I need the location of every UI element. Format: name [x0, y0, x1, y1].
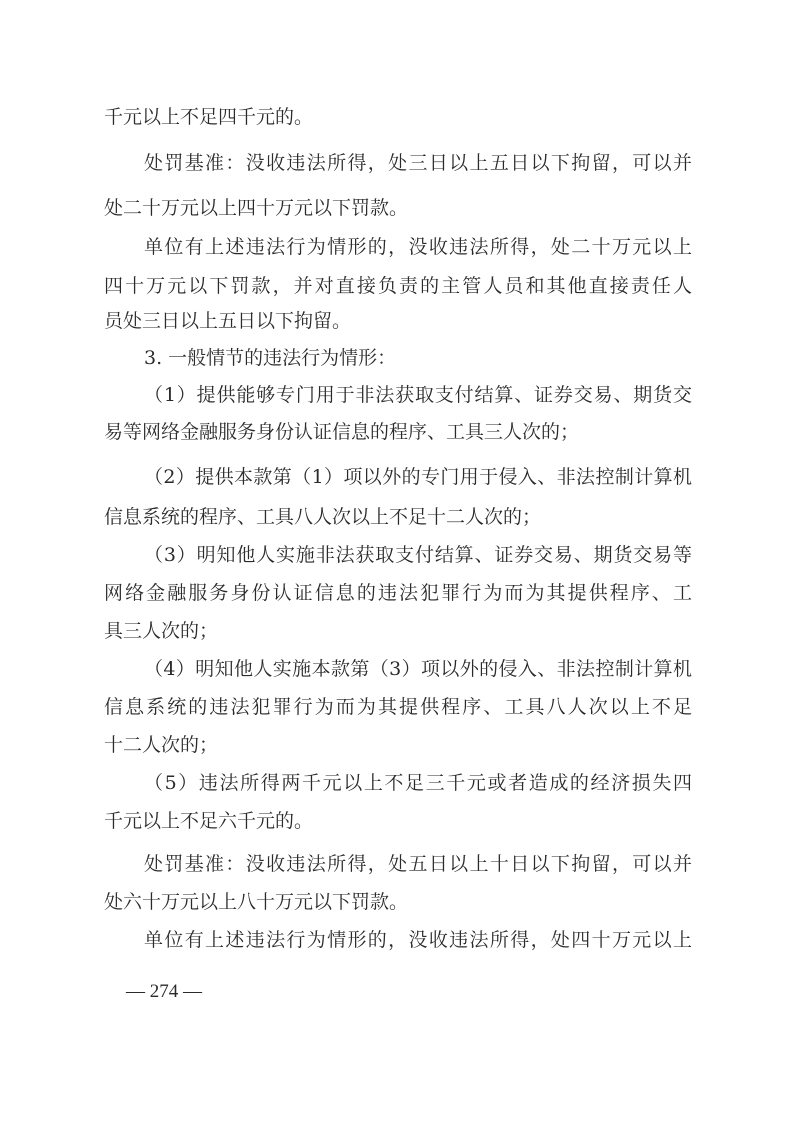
text-line: （5）违法所得两千元以上不足三千元或者造成的经济损失四 [144, 768, 692, 798]
text-line: 易等网络金融服务身份认证信息的程序、工具三人次的； [104, 417, 692, 447]
text-line: 单位有上述违法行为情形的，没收违法所得，处四十万元以上 [144, 925, 692, 955]
text-line: 千元以上不足六千元的。 [104, 806, 692, 836]
text-line: 处罚基准：没收违法所得，处五日以上十日以下拘留，可以并 [144, 849, 692, 879]
text-line: 信息系统的程序、工具八人次以上不足十二人次的； [104, 502, 692, 532]
text-line: 四十万元以下罚款，并对直接负责的主管人员和其他直接责任人 [104, 271, 692, 301]
page-number: — 274 — [126, 977, 202, 1007]
text-line: （4）明知他人实施本款第（3）项以外的侵入、非法控制计算机 [144, 654, 692, 684]
text-line: 信息系统的违法犯罪行为而为其提供程序、工具八人次以上不足 [104, 692, 692, 722]
document-page: 千元以上不足四千元的。处罚基准：没收违法所得，处三日以上五日以下拘留，可以并处二… [0, 0, 793, 1122]
text-line: 具三人次的； [104, 616, 692, 646]
text-line: （1）提供能够专门用于非法获取支付结算、证券交易、期货交 [144, 380, 692, 410]
text-line: 十二人次的； [104, 730, 692, 760]
text-line: （3）明知他人实施非法获取支付结算、证券交易、期货交易等 [144, 540, 692, 570]
text-line: 千元以上不足四千元的。 [104, 102, 692, 132]
text-line: 员处三日以上五日以下拘留。 [104, 306, 692, 336]
text-line: 处六十万元以上八十万元以下罚款。 [104, 887, 692, 917]
text-line: 网络金融服务身份认证信息的违法犯罪行为而为其提供程序、工 [104, 578, 692, 608]
text-line: 处罚基准：没收违法所得，处三日以上五日以下拘留，可以并 [144, 148, 692, 178]
text-line: 3. 一般情节的违法行为情形： [144, 343, 692, 373]
text-line: 处二十万元以上四十万元以下罚款。 [104, 193, 692, 223]
text-line: 单位有上述违法行为情形的，没收违法所得，处二十万元以上 [144, 232, 692, 262]
text-line: （2）提供本款第（1）项以外的专门用于侵入、非法控制计算机 [144, 462, 692, 492]
